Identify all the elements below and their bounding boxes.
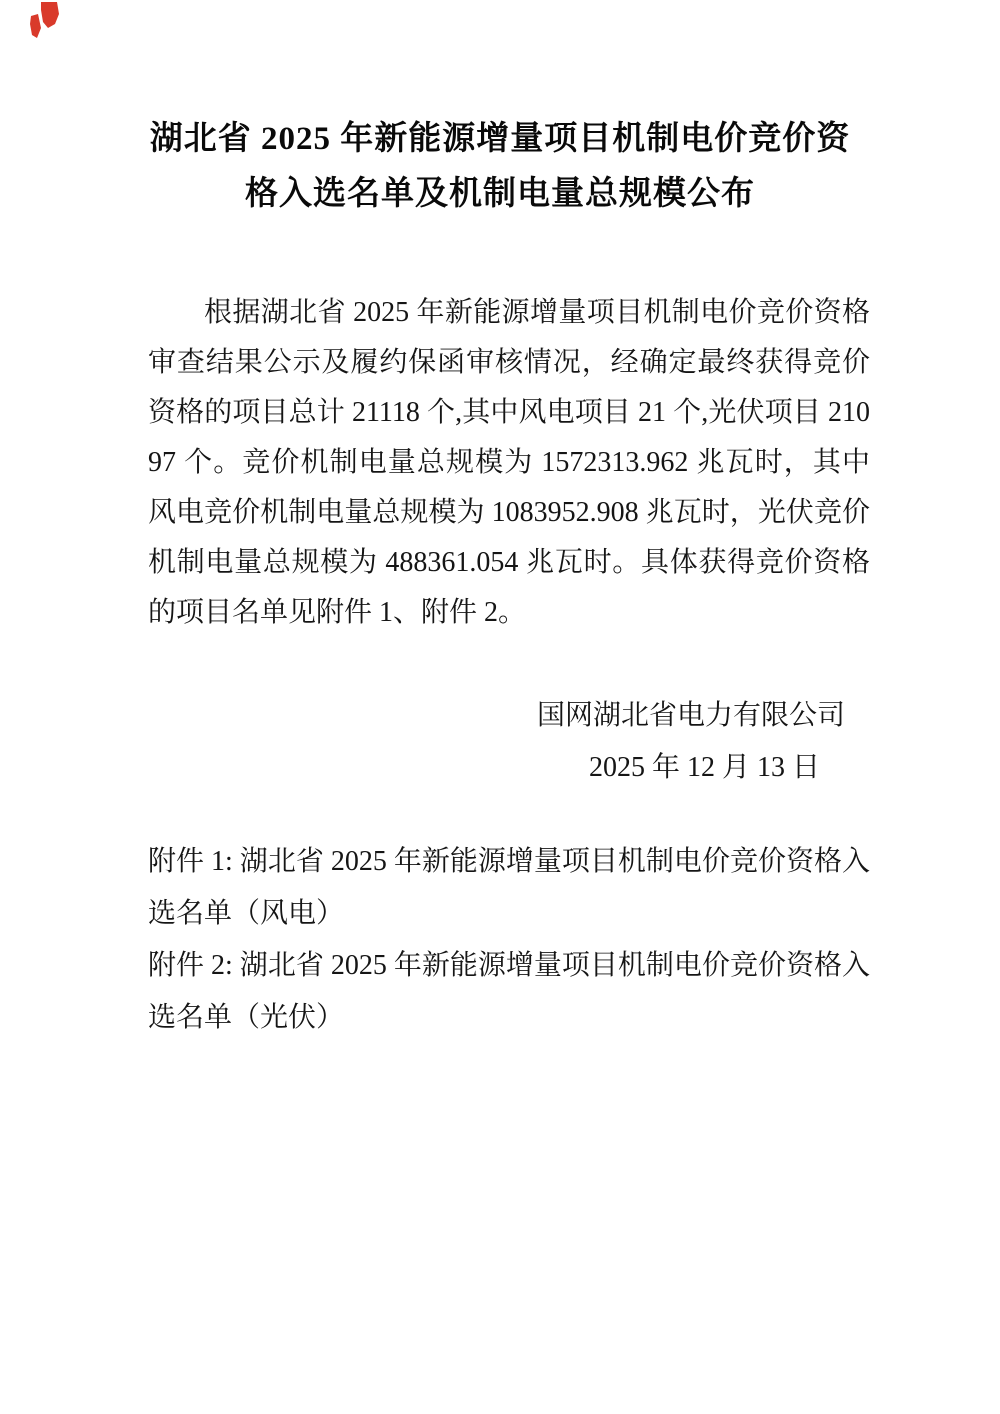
document-title-line-1: 湖北省 2025 年新能源增量项目机制电价竞价资 [0, 112, 1000, 167]
attachment-2: 附件 2: 湖北省 2025 年新能源增量项目机制电价竞价资格入选名单（光伏） [148, 940, 870, 1044]
signature-organization: 国网湖北省电力有限公司 [0, 690, 845, 742]
red-stamp-shape [30, 2, 59, 38]
document-page: 湖北省 2025 年新能源增量项目机制电价竞价资 格入选名单及机制电量总规模公布… [0, 0, 1000, 1414]
red-stamp-fragment [28, 2, 60, 40]
document-title-line-2: 格入选名单及机制电量总规模公布 [0, 167, 1000, 222]
document-title: 湖北省 2025 年新能源增量项目机制电价竞价资 格入选名单及机制电量总规模公布 [0, 0, 1000, 222]
body-paragraph: 根据湖北省 2025 年新能源增量项目机制电价竞价资格审查结果公示及履约保函审核… [148, 288, 870, 638]
signature-block: 国网湖北省电力有限公司 2025 年 12 月 13 日 [0, 690, 1000, 794]
signature-date: 2025 年 12 月 13 日 [0, 742, 820, 794]
attachments-section: 附件 1: 湖北省 2025 年新能源增量项目机制电价竞价资格入选名单（风电） … [148, 836, 870, 1044]
attachment-1: 附件 1: 湖北省 2025 年新能源增量项目机制电价竞价资格入选名单（风电） [148, 836, 870, 940]
